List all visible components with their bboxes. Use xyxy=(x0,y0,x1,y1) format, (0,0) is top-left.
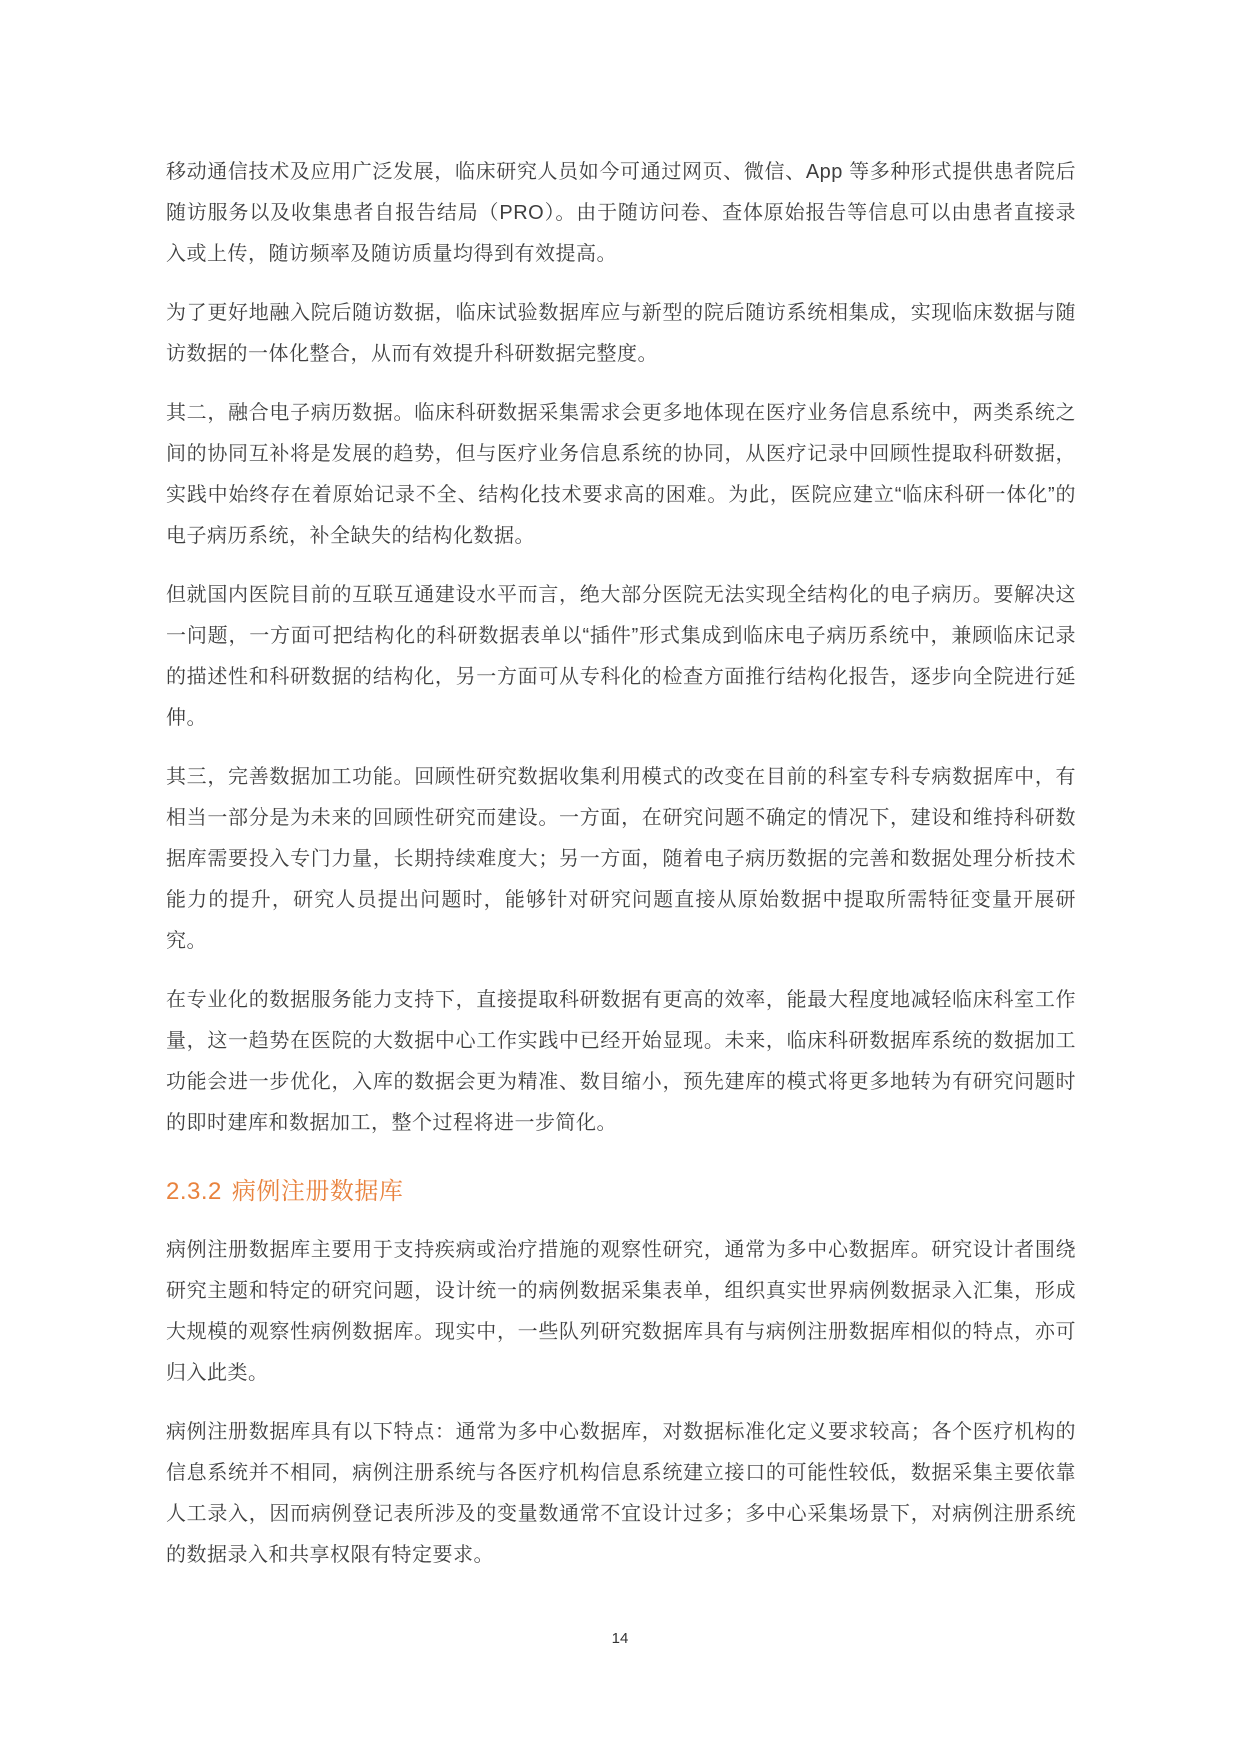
document-page: 移动通信技术及应用广泛发展，临床研究人员如今可通过网页、微信、App 等多种形式… xyxy=(0,0,1240,1753)
body-paragraph: 移动通信技术及应用广泛发展，临床研究人员如今可通过网页、微信、App 等多种形式… xyxy=(166,152,1076,275)
body-paragraph: 但就国内医院目前的互联互通建设水平而言，绝大部分医院无法实现全结构化的电子病历。… xyxy=(166,575,1076,739)
section-number: 2.3.2 xyxy=(166,1178,222,1205)
section-title: 病例注册数据库 xyxy=(232,1178,404,1205)
page-number: 14 xyxy=(612,1630,629,1647)
body-paragraph: 病例注册数据库具有以下特点：通常为多中心数据库，对数据标准化定义要求较高；各个医… xyxy=(166,1412,1076,1576)
body-paragraph: 在专业化的数据服务能力支持下，直接提取科研数据有更高的效率，能最大程度地减轻临床… xyxy=(166,980,1076,1144)
page-content: 移动通信技术及应用广泛发展，临床研究人员如今可通过网页、微信、App 等多种形式… xyxy=(166,0,1076,1594)
page-footer: 14 xyxy=(0,1628,1240,1650)
body-paragraph: 其三，完善数据加工功能。回顾性研究数据收集利用模式的改变在目前的科室专科专病数据… xyxy=(166,757,1076,962)
section-heading: 2.3.2病例注册数据库 xyxy=(166,1174,1076,1210)
body-paragraph: 为了更好地融入院后随访数据，临床试验数据库应与新型的院后随访系统相集成，实现临床… xyxy=(166,293,1076,375)
body-paragraph: 病例注册数据库主要用于支持疾病或治疗措施的观察性研究，通常为多中心数据库。研究设… xyxy=(166,1230,1076,1394)
body-paragraph: 其二，融合电子病历数据。临床科研数据采集需求会更多地体现在医疗业务信息系统中，两… xyxy=(166,393,1076,557)
